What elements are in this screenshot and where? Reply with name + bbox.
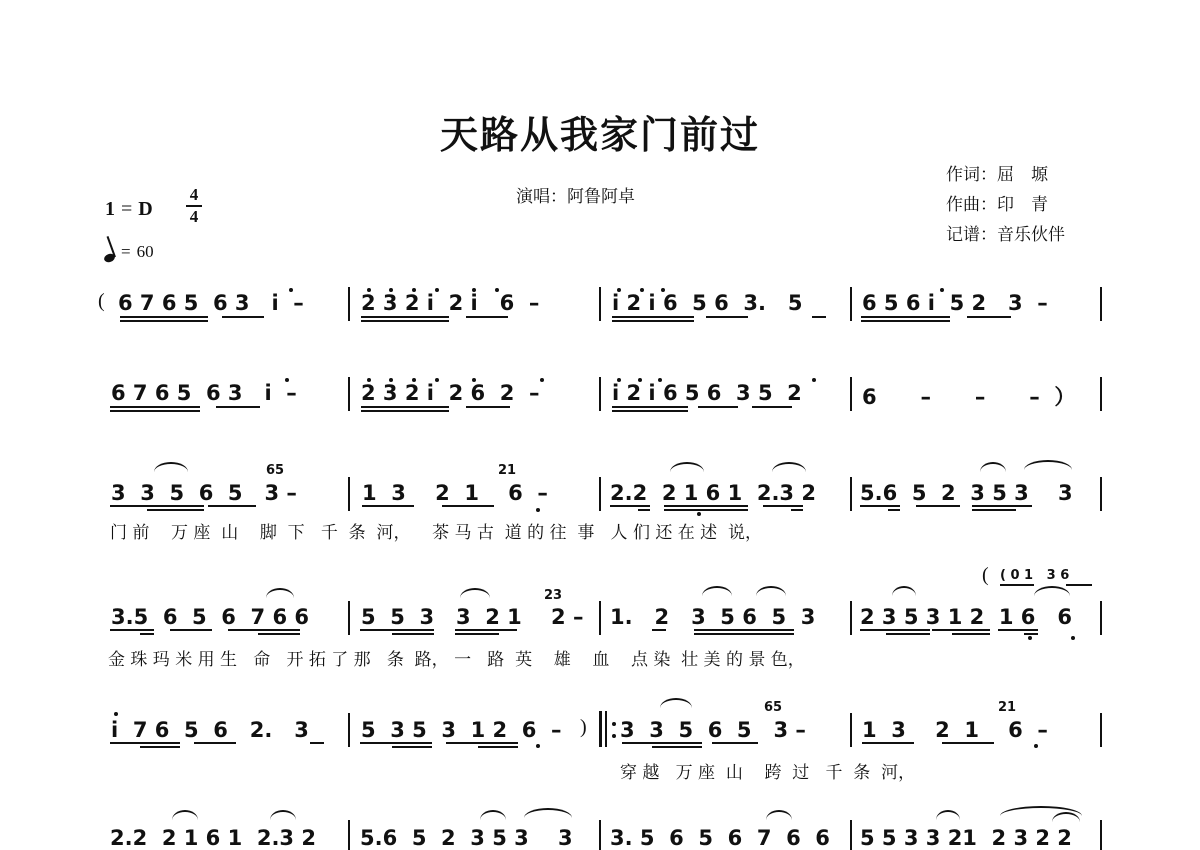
barline <box>850 820 852 850</box>
barline <box>850 377 852 411</box>
tempo-equals: = <box>121 242 131 262</box>
tempo-bpm: 60 <box>137 242 154 262</box>
barline <box>1100 820 1102 850</box>
barline <box>850 601 852 635</box>
barline <box>850 477 852 511</box>
measure-3-1: 3 3 5 6 5 3 – <box>111 481 297 505</box>
grace-note: 23 <box>544 588 562 603</box>
time-sig-top: 4 <box>186 186 202 204</box>
measure-6-3: 3. 5 6 5 6 7 6 6 <box>610 826 830 850</box>
barline <box>850 287 852 321</box>
measure-3-2: 1 3 2 1 6 – <box>362 481 548 505</box>
measure-1-2: 2 3 2 i 2 i 6 – <box>361 291 539 315</box>
measure-4-1: 3.5 6 5 6 7 6 6 <box>111 605 309 629</box>
measure-1-3: i 2 i 6 5 6 3. 5 <box>612 291 802 315</box>
tempo-marking: = 60 <box>104 242 154 262</box>
barline <box>599 820 601 850</box>
barline <box>599 601 601 635</box>
measure-5-1: i 7 6 5 6 2. 3 <box>111 718 309 742</box>
barline <box>348 601 350 635</box>
barline <box>348 377 350 411</box>
time-signature: 4 4 <box>186 186 202 226</box>
lyrics-line-4: 金 珠 玛 米 用 生 命 开 拓 了 那 条 路， 一 路 英 雄 血 点 染… <box>108 645 805 670</box>
measure-1-4: 6 5 6 i 5 2 3 – <box>862 291 1048 315</box>
measure-2-1: 6 7 6 5 6 3 i – <box>111 381 297 405</box>
measure-2-3: i 2 i 6 5 6 3 5 2 <box>612 381 802 405</box>
key-equals: = <box>121 198 132 220</box>
barline <box>348 820 350 850</box>
measure-4-3: 1. 2 3 5 6 5 3 <box>610 605 815 629</box>
measure-2-2: 2 3 2 i 2 6 2 – <box>361 381 539 405</box>
grace-note: 21 <box>998 700 1016 715</box>
barline <box>1100 601 1102 635</box>
measure-3-4: 5.6 5 2 3 5 3 3 <box>860 481 1073 505</box>
barline <box>850 713 852 747</box>
measure-5-2: 5 3 5 3 1 2 6 – <box>361 718 562 742</box>
measure-3-3: 2.2 2 1 6 1 2.3 2 <box>610 481 816 505</box>
measure-6-4: 5 5 3 3 21 2 3 2 2 <box>860 826 1072 850</box>
barline <box>1100 477 1102 511</box>
lyrics-line-5: 穿 越 万 座 山 跨 过 千 条 河， <box>620 758 915 783</box>
key-signature: 1=D <box>105 198 153 221</box>
measure-6-2: 5.6 5 2 3 5 3 3 <box>360 826 573 850</box>
barline <box>348 287 350 321</box>
barline <box>348 477 350 511</box>
measure-2-4: 6 – – – ） <box>862 381 1075 411</box>
quarter-note-icon <box>103 252 116 263</box>
song-title: 天路从我家门前过 <box>0 104 1200 159</box>
grace-note: 21 <box>498 463 516 478</box>
composer-credit: 作曲：印 青 <box>946 190 1065 220</box>
lyrics-line-3: 门 前 万 座 山 脚 下 千 条 河， 茶 马 古 道 的 往 事 人 们 还… <box>110 518 762 543</box>
key-note: D <box>138 198 152 220</box>
lyricist-credit: 作词：屈 塬 <box>946 160 1065 190</box>
interlude-notes: ( 0 1 3 6 <box>1000 568 1069 583</box>
singer-credit: 演唱：阿鲁阿卓 <box>516 182 635 212</box>
interlude-paren: ( <box>982 564 989 587</box>
barline <box>599 377 601 411</box>
grace-note: 65 <box>764 700 782 715</box>
barline <box>599 287 601 321</box>
time-sig-bottom: 4 <box>186 208 202 226</box>
transcriber-credit: 记谱：音乐伙伴 <box>946 220 1065 250</box>
barline <box>1100 377 1102 411</box>
grace-note: 65 <box>266 463 284 478</box>
key-tonic: 1 <box>105 198 115 220</box>
barline <box>1100 287 1102 321</box>
intro-paren-open: ( <box>98 290 105 313</box>
measure-4-4: 2 3 5 3 1 2 1 6 6 <box>860 605 1072 629</box>
barline <box>1100 713 1102 747</box>
repeat-start-thin <box>605 711 607 747</box>
repeat-start-thick <box>599 711 602 747</box>
barline <box>348 713 350 747</box>
measure-6-1: 2.2 2 1 6 1 2.3 2 <box>110 826 316 850</box>
interlude-paren-close: ) <box>580 716 587 739</box>
credits-block: 作词：屈 塬 作曲：印 青 记谱：音乐伙伴 <box>946 160 1065 250</box>
measure-5-4: 1 3 2 1 6 – <box>862 718 1048 742</box>
barline <box>599 477 601 511</box>
measure-1-1: 6 7 6 5 6 3 i – <box>118 291 304 315</box>
measure-4-2: 5 5 3 3 2 1 2 – <box>361 605 583 629</box>
measure-5-3: 3 3 5 6 5 3 – <box>620 718 806 742</box>
